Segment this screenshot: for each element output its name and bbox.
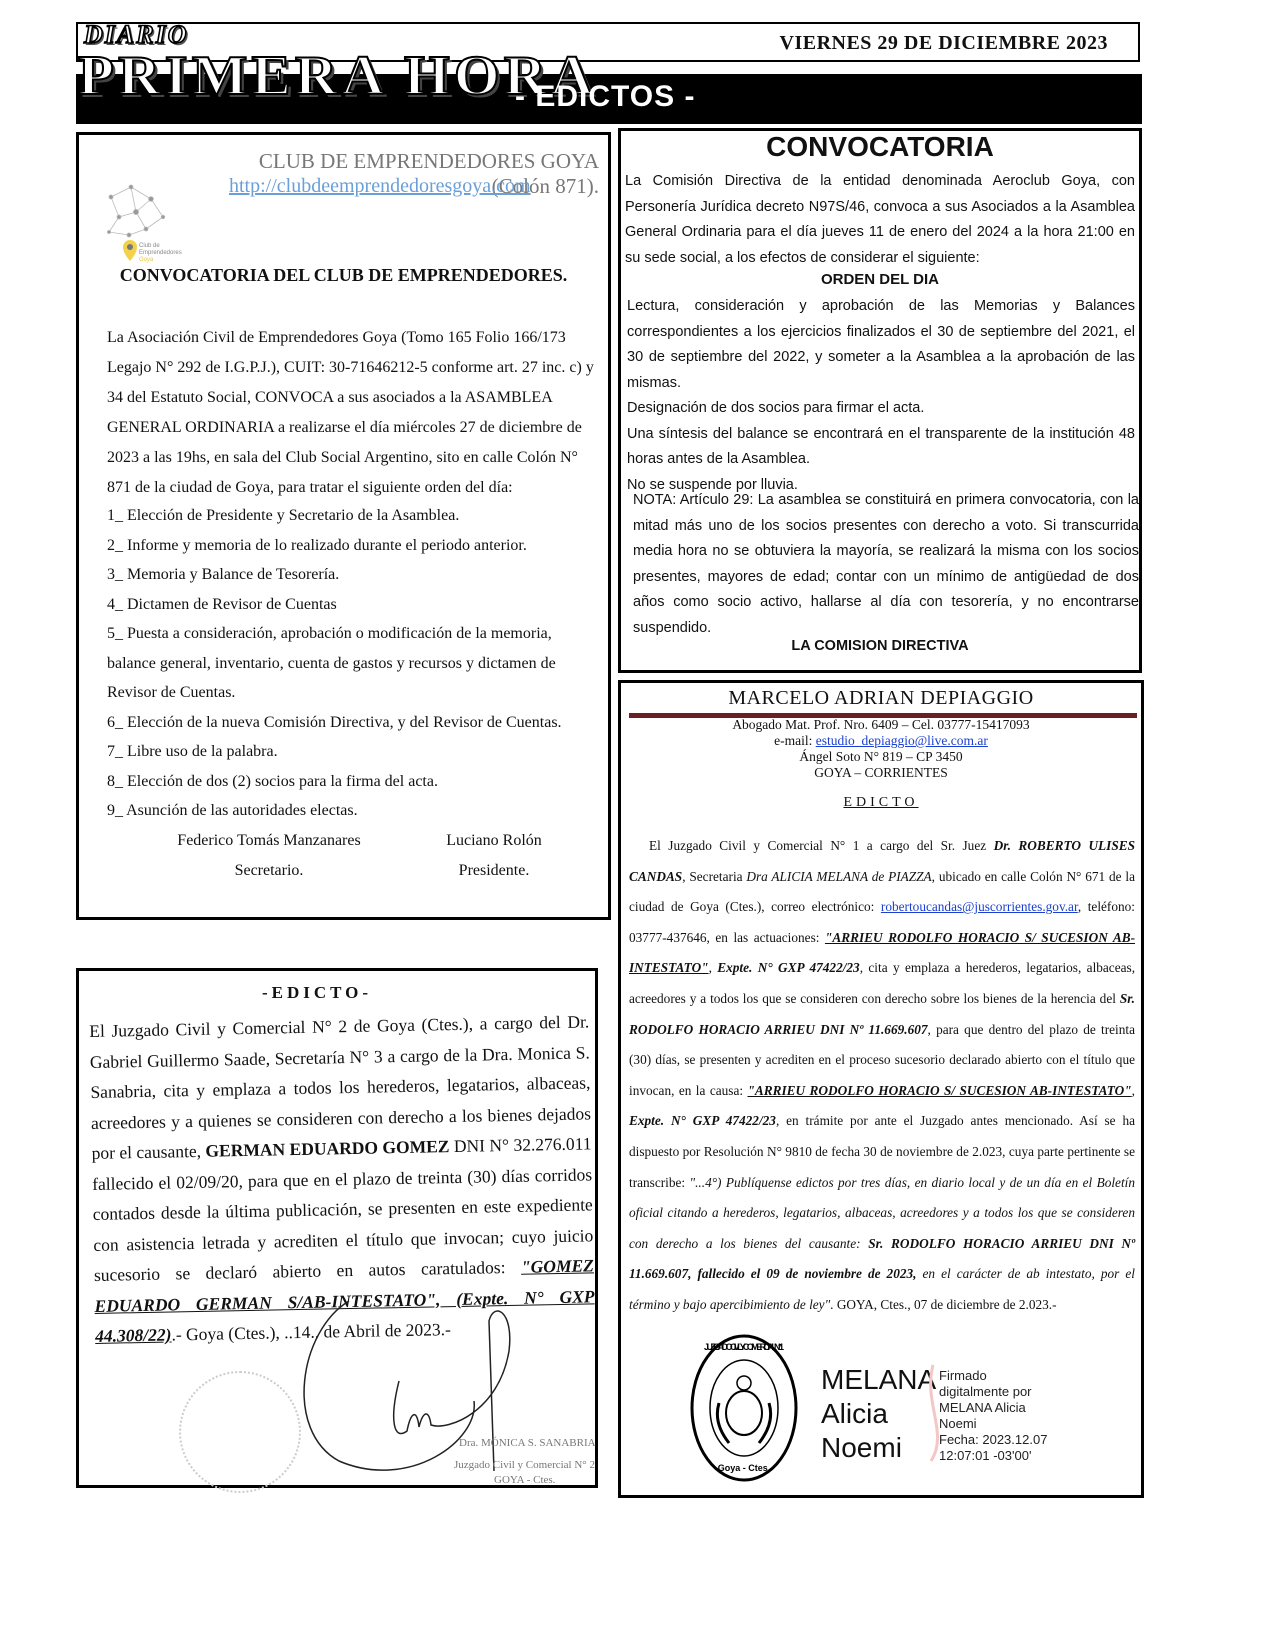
digital-signature-line: MELANA Alicia: [939, 1400, 1047, 1416]
digital-signature-block: Firmado digitalmente por MELANA Alicia N…: [939, 1368, 1047, 1464]
svg-text:Goya: Goya: [139, 257, 154, 263]
agenda-item: 2_ Informe y memoria de lo realizado dur…: [107, 531, 599, 561]
aeroclub-title: CONVOCATORIA: [621, 131, 1139, 163]
signer-first-name: Alicia: [821, 1397, 936, 1431]
signatory-president: Luciano Rolón Presidente.: [419, 832, 569, 880]
arrieu-edict-title: EDICTO: [621, 795, 1141, 811]
case-title: "ARRIEU RODOLFO HORACIO S/ SUCESION AB-I…: [747, 1083, 1131, 1098]
edict-text: ,: [709, 960, 718, 975]
arrieu-edict: MARCELO ADRIAN DEPIAGGIO Abogado Mat. Pr…: [618, 680, 1144, 1498]
case-number: Expte. N° GXP 47422/23: [717, 960, 859, 975]
svg-text:GOYA - Ctes.: GOYA - Ctes.: [494, 1474, 556, 1486]
aeroclub-notice: CONVOCATORIA La Comisión Directiva de la…: [618, 128, 1142, 673]
section-title: - EDICTOS -: [515, 80, 695, 114]
agenda-item: 8_ Elección de dos (2) socios para la fi…: [107, 767, 599, 797]
club-notice: CLUB DE EMPRENDEDORES GOYA (Colón 871). …: [76, 132, 611, 920]
edict-text: ,: [1132, 1083, 1135, 1098]
handwritten-signature-icon: Dra. MÓNICA S. SANABRIA Juzgado Civil y …: [279, 1291, 599, 1491]
digital-signature-line: Fecha: 2023.12.07: [939, 1432, 1047, 1448]
stamp-text: Dra. MÓNICA S. SANABRIA: [459, 1437, 596, 1449]
digital-signature-line: 12:07:01 -03'00': [939, 1448, 1047, 1464]
agenda-item: Lectura, consideración y aprobación de l…: [627, 294, 1135, 396]
lawyer-address: Ángel Soto N° 819 – CP 3450: [621, 749, 1141, 765]
aeroclub-intro: La Comisión Directiva de la entidad deno…: [625, 169, 1135, 271]
edict-date: . GOYA, Ctes., 07 de diciembre de 2.023.…: [830, 1297, 1056, 1312]
gomez-edict-title: -EDICTO-: [79, 983, 595, 1003]
gomez-edict: -EDICTO- El Juzgado Civil y Comercial N°…: [76, 968, 598, 1488]
club-notice-title: CONVOCATORIA DEL CLUB DE EMPRENDEDORES.: [79, 265, 608, 286]
aeroclub-agenda: Lectura, consideración y aprobación de l…: [627, 294, 1135, 498]
agenda-item: 9_ Asunción de las autoridades electas.: [107, 796, 599, 826]
lawyer-city: GOYA – CORRIENTES: [621, 765, 1141, 781]
agenda-item: Designación de dos socios para firmar el…: [627, 396, 1135, 422]
club-website-link[interactable]: http://clubdeemprendedoresgoya.com: [229, 175, 519, 198]
svg-text:Juzgado Civil y Comercial N° 2: Juzgado Civil y Comercial N° 2: [454, 1459, 595, 1471]
edict-text: El Juzgado Civil y Comercial N° 1 a carg…: [649, 838, 994, 853]
email-label: e-mail:: [774, 733, 816, 748]
aeroclub-signature: LA COMISION DIRECTIVA: [621, 638, 1139, 654]
digital-signature-line: digitalmente por: [939, 1384, 1047, 1400]
lawyer-registration: Abogado Mat. Prof. Nro. 6409 – Cel. 0377…: [621, 717, 1141, 733]
signatory-role: Secretario.: [169, 862, 369, 880]
secretary-name: Dra ALICIA MELANA de PIAZZA: [746, 869, 931, 884]
signer-name-large: MELANA Alicia Noemi: [821, 1363, 936, 1465]
club-notice-paragraph: La Asociación Civil de Emprendedores Goy…: [107, 323, 595, 503]
agenda-item: 3_ Memoria y Balance de Tesorería.: [107, 560, 599, 590]
network-pin-logo-icon: Club de Emprendedores Goya: [101, 177, 191, 277]
arrieu-edict-body: El Juzgado Civil y Comercial N° 1 a carg…: [629, 831, 1135, 1321]
signer-middle-name: Noemi: [821, 1431, 936, 1465]
seal-text: JUZGADO CIVIL Y COMERCIAL N°1: [704, 1342, 784, 1352]
issue-date: VIERNES 29 DE DICIEMBRE 2023: [780, 32, 1109, 55]
lawyer-contact: Abogado Mat. Prof. Nro. 6409 – Cel. 0377…: [621, 717, 1141, 781]
aeroclub-agenda-title: ORDEN DEL DIA: [621, 271, 1139, 288]
seal-text: Goya - Ctes.: [718, 1463, 771, 1473]
agenda-item: 1_ Elección de Presidente y Secretario d…: [107, 501, 599, 531]
agenda-item: 5_ Puesta a consideración, aprobación o …: [107, 619, 599, 708]
agenda-item: 6_ Elección de la nueva Comisión Directi…: [107, 708, 599, 738]
svg-text:Emprendedores: Emprendedores: [139, 250, 182, 256]
court-seal-icon: JUZGADO CIVIL Y COMERCIAL N°1 Goya - Cte…: [689, 1333, 799, 1483]
agenda-item: Una síntesis del balance se encontrará e…: [627, 422, 1135, 473]
signer-surname: MELANA: [821, 1363, 936, 1397]
signatory-name: Luciano Rolón: [419, 832, 569, 850]
club-agenda-list: 1_ Elección de Presidente y Secretario d…: [107, 501, 599, 826]
agenda-item: 4_ Dictamen de Revisor de Cuentas: [107, 590, 599, 620]
lawyer-name: MARCELO ADRIAN DEPIAGGIO: [621, 687, 1141, 710]
court-email-link[interactable]: robertoucandas@juscorrientes.gov.ar: [881, 899, 1078, 914]
lawyer-email-link[interactable]: estudio_depiaggio@live.com.ar: [816, 733, 988, 748]
signatory-role: Presidente.: [419, 862, 569, 880]
case-number: Expte. N° GXP 47422/23: [629, 1113, 776, 1128]
edict-text: , Secretaria: [682, 869, 746, 884]
signatory-name: Federico Tomás Manzanares: [169, 832, 369, 850]
digital-signature-line: Noemi: [939, 1416, 1047, 1432]
aeroclub-note: NOTA: Artículo 29: La asamblea se consti…: [633, 488, 1139, 641]
signatory-secretary: Federico Tomás Manzanares Secretario.: [169, 832, 369, 880]
svg-text:Club de: Club de: [139, 243, 160, 249]
deceased-name: GERMAN EDUARDO GOMEZ: [205, 1136, 449, 1161]
digital-signature-line: Firmado: [939, 1368, 1047, 1384]
agenda-item: 7_ Libre uso de la palabra.: [107, 737, 599, 767]
